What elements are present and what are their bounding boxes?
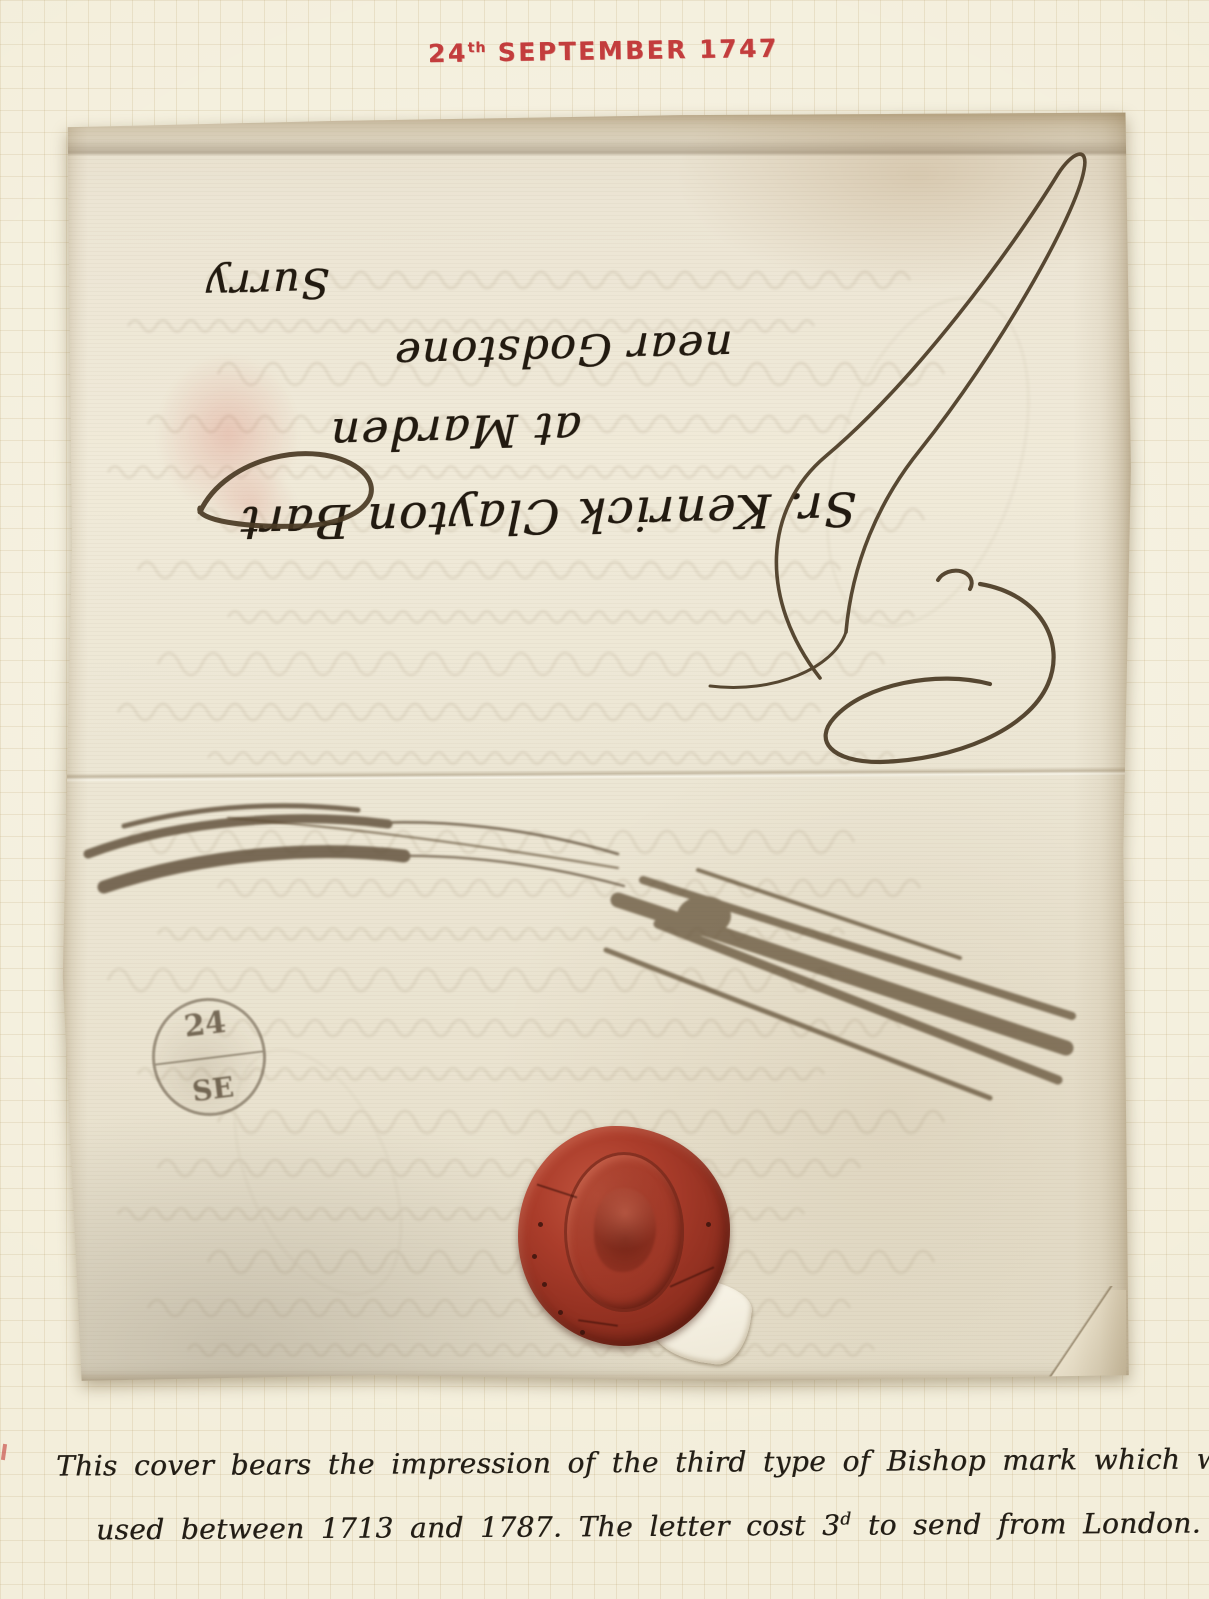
- caption-line-2-text: used between 1713 and 1787. The letter c…: [96, 1509, 840, 1547]
- caption-line-2-end: to send from London.: [851, 1507, 1201, 1542]
- right-edge-shading: [1073, 112, 1133, 1384]
- title-ordinal: th: [468, 40, 487, 56]
- seal-speck: [580, 1330, 585, 1335]
- title-rest: SEPTEMBER 1747: [486, 34, 779, 68]
- caption-line-1: This cover bears the impression of the t…: [56, 1442, 1209, 1482]
- seal-crack: [578, 1319, 618, 1327]
- left-edge-shading: [58, 112, 88, 1384]
- postal-cover: Sr. Kenrick Clayton Bart at Marden near …: [58, 112, 1133, 1384]
- page-edge-red-mark: [1, 1444, 7, 1460]
- seal-speck: [538, 1222, 543, 1227]
- letter-paper: Sr. Kenrick Clayton Bart at Marden near …: [58, 112, 1133, 1384]
- postmark-month: SE: [191, 1074, 236, 1107]
- seal-speck: [706, 1222, 711, 1227]
- top-fold-flap: [58, 112, 1133, 156]
- album-page: 24th SEPTEMBER 1747: [0, 0, 1209, 1599]
- seal-speck: [532, 1254, 537, 1259]
- seal-speck: [542, 1282, 547, 1287]
- postmark-divider: [155, 1050, 262, 1066]
- postmark-day: 24: [183, 1007, 228, 1042]
- title-day: 24: [428, 39, 468, 69]
- caption-pence-superscript: d: [840, 1509, 851, 1529]
- seal-speck: [558, 1310, 563, 1315]
- page-title-date: 24th SEPTEMBER 1747: [428, 33, 828, 68]
- caption-line-2: used between 1713 and 1787. The letter c…: [96, 1507, 1201, 1547]
